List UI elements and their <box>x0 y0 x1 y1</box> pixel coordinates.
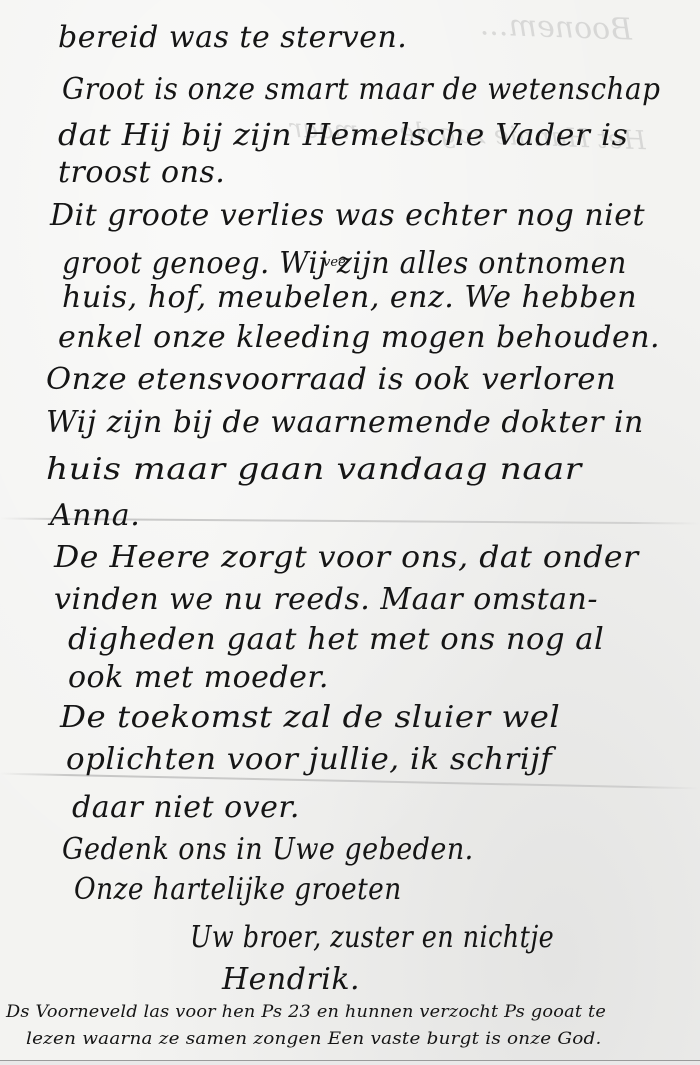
letter-line: Wij zijn bij de waarnemende dokter in <box>46 405 644 440</box>
letter-line: enkel onze kleeding mogen behouden. <box>58 320 660 355</box>
letter-line: ook met moeder. <box>68 660 329 695</box>
postscript-line: Ds Voorneveld las voor hen Ps 23 en hunn… <box>6 1002 606 1022</box>
letter-line: troost ons. <box>58 155 225 190</box>
letter-line: De Heere zorgt voor ons, dat onder <box>54 540 639 575</box>
letter-line: digheden gaat het met ons nog al <box>68 622 604 657</box>
letter-line: Gedenk ons in Uwe gebeden. <box>62 832 474 867</box>
letter-line: oplichten voor jullie, ik schrijf <box>66 742 552 777</box>
letter-page: Boonem... Het Hannie zag de ... maar ber… <box>0 0 700 1065</box>
bleed-through-text: Boonem... <box>479 7 632 47</box>
letter-line: vinden we nu reeds. Maar omstan- <box>54 582 598 617</box>
letter-line: Onze hartelijke groeten <box>74 872 402 907</box>
letter-line: Anna. <box>50 498 140 533</box>
letter-line: dat Hij bij zijn Hemelsche Vader is <box>58 118 628 153</box>
letter-line: bereid was te sterven. <box>58 20 407 55</box>
paper-edge <box>0 1060 700 1065</box>
letter-line: daar niet over. <box>72 790 300 825</box>
insertion-mark: vee <box>323 255 346 270</box>
letter-line: Groot is onze smart maar de wetenschap <box>62 72 660 107</box>
letter-line: huis, hof, meubelen, enz. We hebben <box>62 280 637 315</box>
postscript-line: lezen waarna ze samen zongen Een vaste b… <box>26 1029 602 1049</box>
letter-line: Dit groote verlies was echter nog niet <box>50 198 645 233</box>
letter-line: huis maar gaan vandaag naar <box>46 452 582 487</box>
letter-closing: Uw broer, zuster en nichtje <box>190 920 554 955</box>
signature: Hendrik. <box>222 962 360 997</box>
letter-line: Onze etensvoorraad is ook verloren <box>46 362 616 397</box>
letter-line: De toekomst zal de sluier wel <box>60 700 560 735</box>
